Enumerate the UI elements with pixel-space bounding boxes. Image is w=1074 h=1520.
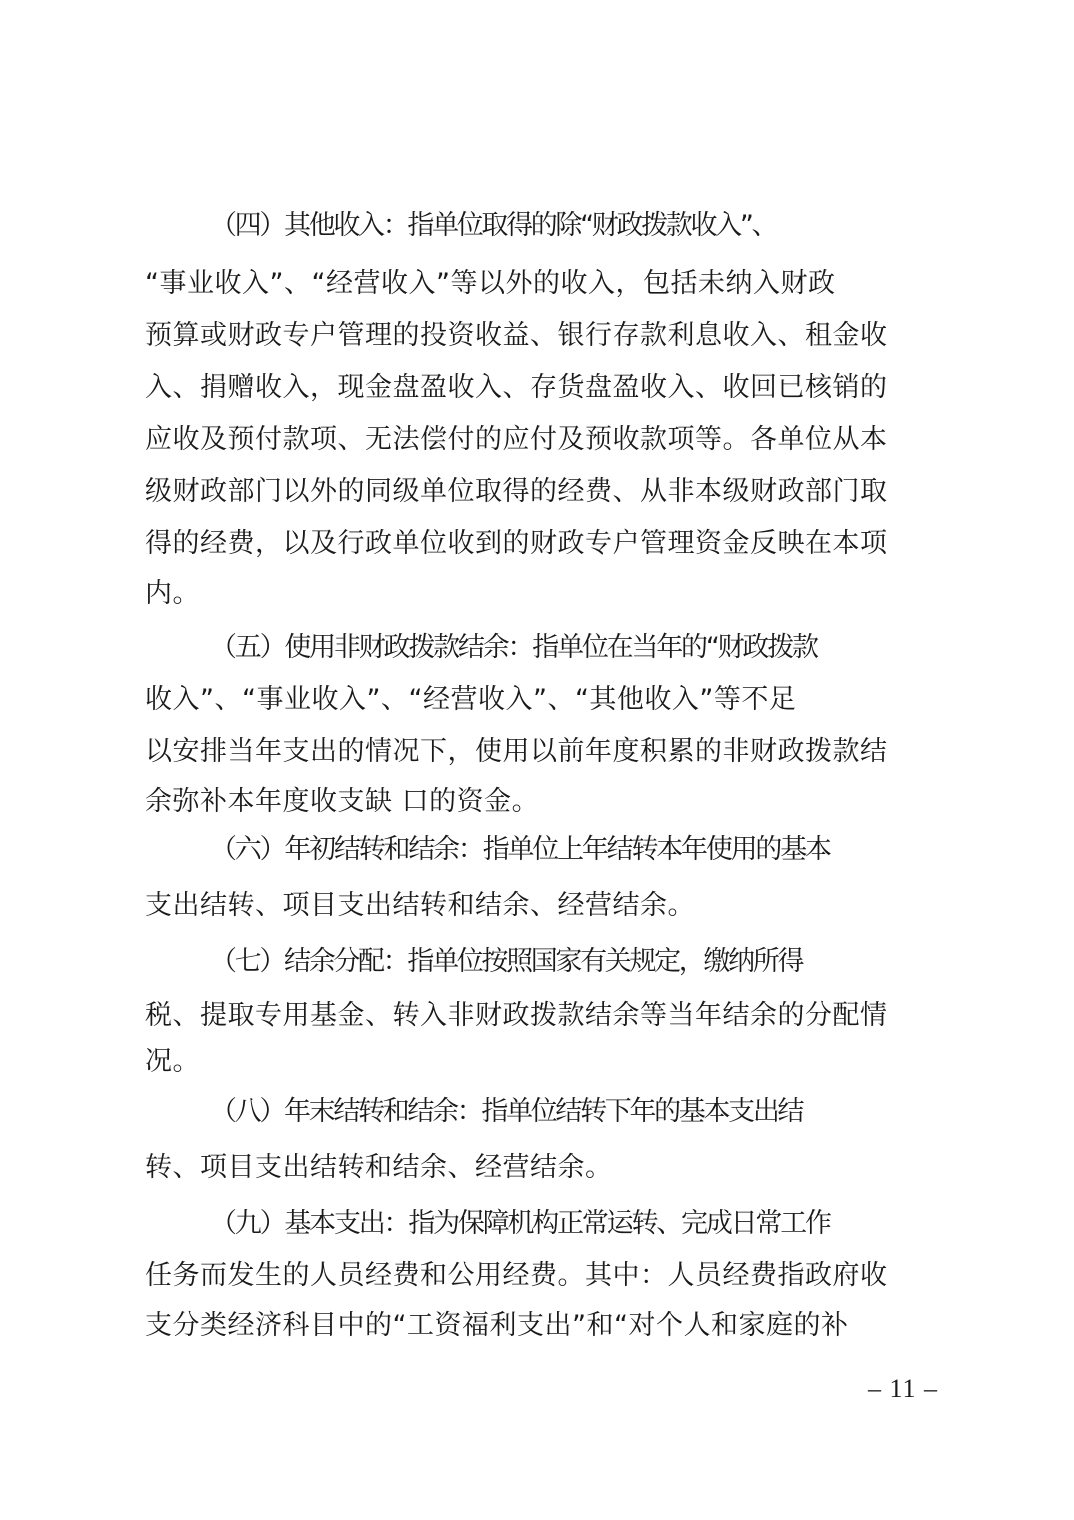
page-number: – 11 – bbox=[868, 1374, 938, 1404]
paragraph-line: 税、提取专用基金、转入非财政拨款结余等当年结余的分配情 bbox=[145, 1000, 925, 1032]
paragraph-line: “事业收入”、“经营收入”等以外的收入，包括未纳入财政 bbox=[145, 268, 925, 300]
paragraph-line: 预算或财政专户管理的投资收益、银行存款利息收入、租金收 bbox=[145, 320, 925, 352]
paragraph-line: 余弥补本年度收支缺 口的资金。 bbox=[145, 786, 925, 818]
paragraph-line: 以安排当年支出的情况下，使用以前年度积累的非财政拨款结 bbox=[145, 736, 925, 768]
paragraph-line: 应收及预付款项、无法偿付的应付及预收款项等。各单位从本 bbox=[145, 424, 925, 456]
paragraph-line: 级财政部门以外的同级单位取得的经费、从非本级财政部门取 bbox=[145, 476, 925, 508]
paragraph-line: 任务而发生的人员经费和公用经费。其中：人员经费指政府收 bbox=[145, 1260, 925, 1292]
paragraph-line: 收入”、“事业收入”、“经营收入”、“其他收入”等不足 bbox=[145, 684, 925, 716]
document-page: （四）其他收入：指单位取得的除“财政拨款收入”、“事业收入”、“经营收入”等以外… bbox=[0, 0, 1074, 1520]
paragraph-line: 入、捐赠收入，现金盘盈收入、存货盘盈收入、收回已核销的 bbox=[145, 372, 925, 404]
paragraph-line: 内。 bbox=[145, 578, 925, 610]
paragraph-first-line: （四）其他收入：指单位取得的除“财政拨款收入”、 bbox=[210, 210, 990, 242]
paragraph-first-line: （七）结余分配：指单位按照国家有关规定，缴纳所得 bbox=[210, 946, 990, 978]
paragraph-first-line: （九）基本支出：指为保障机构正常运转、完成日常工作 bbox=[210, 1208, 990, 1240]
paragraph-line: 况。 bbox=[145, 1046, 925, 1078]
paragraph-line: 支出结转、项目支出结转和结余、经营结余。 bbox=[145, 890, 925, 922]
paragraph-first-line: （六）年初结转和结余：指单位上年结转本年使用的基本 bbox=[210, 834, 990, 866]
paragraph-line: 转、项目支出结转和结余、经营结余。 bbox=[145, 1152, 925, 1184]
paragraph-line: 支分类经济科目中的“工资福利支出”和“对个人和家庭的补 bbox=[145, 1310, 925, 1342]
paragraph-line: 得的经费，以及行政单位收到的财政专户管理资金反映在本项 bbox=[145, 528, 925, 560]
paragraph-first-line: （八）年末结转和结余：指单位结转下年的基本支出结 bbox=[210, 1096, 990, 1128]
paragraph-first-line: （五）使用非财政拨款结余：指单位在当年的“财政拨款 bbox=[210, 632, 990, 664]
